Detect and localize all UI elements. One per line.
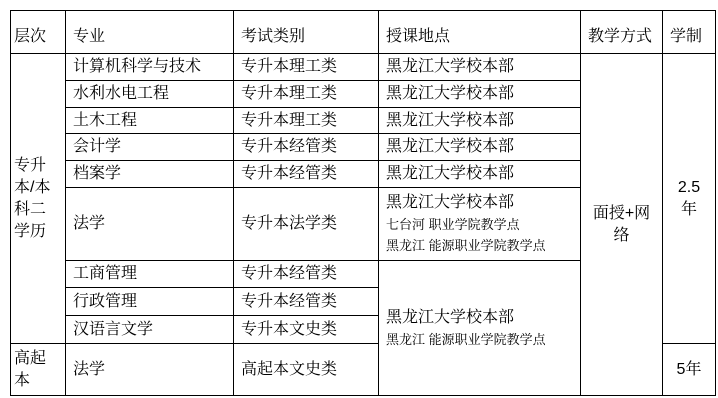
exam-cell: 专升本经管类 xyxy=(234,134,379,161)
exam-cell: 高起本文史类 xyxy=(234,344,379,396)
col-header-location: 授课地点 xyxy=(379,11,581,54)
duration-label: 2.5年 xyxy=(674,177,704,221)
exam-cell: 专升本经管类 xyxy=(234,288,379,316)
major-cell: 水利水电工程 xyxy=(66,81,234,108)
level-label: 专升本/本科二学历 xyxy=(14,155,58,243)
duration-cell-zsb: 2.5年 xyxy=(663,54,716,344)
table-row: 专升本/本科二学历 计算机科学与技术 专升本理工类 黑龙江大学校本部 面授+网络… xyxy=(11,54,716,81)
exam-cell: 专升本理工类 xyxy=(234,54,379,81)
major-cell: 档案学 xyxy=(66,161,234,188)
level-cell-gqb: 高起本 xyxy=(11,344,66,396)
location-cell-multi: 黑龙江大学校本部 七台河 职业学院教学点 黑龙江 能源职业学院教学点 xyxy=(379,188,581,261)
location-line: 黑龙江大学校本部 xyxy=(386,192,576,214)
major-cell: 行政管理 xyxy=(66,288,234,316)
location-teaching-point: 黑龙江 能源职业学院教学点 xyxy=(386,235,576,256)
location-cell: 黑龙江大学校本部 xyxy=(379,134,581,161)
col-header-exam-category: 考试类别 xyxy=(234,11,379,54)
major-cell: 法学 xyxy=(66,344,234,396)
teaching-method-cell: 面授+网络 xyxy=(581,54,663,396)
col-header-major: 专业 xyxy=(66,11,234,54)
major-cell: 计算机科学与技术 xyxy=(66,54,234,81)
major-cell: 汉语言文学 xyxy=(66,316,234,344)
major-cell: 法学 xyxy=(66,188,234,261)
exam-cell: 专升本理工类 xyxy=(234,81,379,108)
level-label: 高起本 xyxy=(14,348,58,392)
location-cell: 黑龙江大学校本部 xyxy=(379,161,581,188)
location-line: 黑龙江大学校本部 xyxy=(386,307,576,329)
col-header-level: 层次 xyxy=(11,11,66,54)
col-header-duration: 学制 xyxy=(663,11,716,54)
col-header-teaching-method: 教学方式 xyxy=(581,11,663,54)
level-cell-zsb: 专升本/本科二学历 xyxy=(11,54,66,344)
teaching-method-label: 面授+网络 xyxy=(590,203,654,247)
location-cell: 黑龙江大学校本部 xyxy=(379,108,581,134)
exam-cell: 专升本文史类 xyxy=(234,316,379,344)
header-row: 层次 专业 考试类别 授课地点 教学方式 学制 xyxy=(11,11,716,54)
major-cell: 土木工程 xyxy=(66,108,234,134)
location-cell: 黑龙江大学校本部 xyxy=(379,81,581,108)
duration-cell-gqb: 5年 xyxy=(663,344,716,396)
program-table: 层次 专业 考试类别 授课地点 教学方式 学制 专升本/本科二学历 计算机科学与… xyxy=(10,10,716,396)
exam-cell: 专升本法学类 xyxy=(234,188,379,261)
location-cell-multi: 黑龙江大学校本部 黑龙江 能源职业学院教学点 xyxy=(379,261,581,396)
major-cell: 工商管理 xyxy=(66,261,234,288)
duration-label: 5年 xyxy=(674,359,704,381)
location-teaching-point: 七台河 职业学院教学点 xyxy=(386,214,576,235)
location-cell: 黑龙江大学校本部 xyxy=(379,54,581,81)
exam-cell: 专升本经管类 xyxy=(234,261,379,288)
location-teaching-point: 黑龙江 能源职业学院教学点 xyxy=(386,329,576,350)
major-cell: 会计学 xyxy=(66,134,234,161)
exam-cell: 专升本经管类 xyxy=(234,161,379,188)
exam-cell: 专升本理工类 xyxy=(234,108,379,134)
